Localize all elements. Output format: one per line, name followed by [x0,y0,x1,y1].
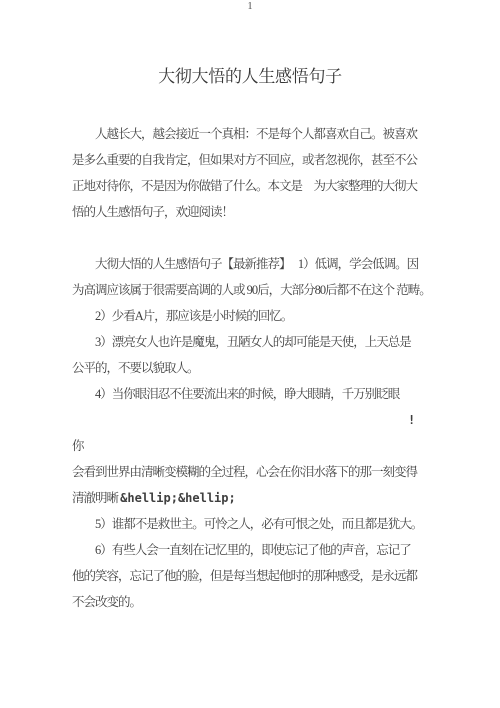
html-entity-text: &hellip;&hellip; [120,491,236,505]
document-page: 1 大彻大悟的人生感悟句子 人越长大，越会接近一个真相：不是每个人都喜欢自己。被… [0,0,500,708]
text-line: 3）漂亮女人也许是魔鬼，丑陋女人的却可能是天使，上天总是 [72,329,442,355]
text-line: 公平的，不要以貌取人。 [72,355,442,381]
text-line: 5）谁都不是救世主。可怜之人，必有可恨之处，而且都是犹大。 [72,511,442,537]
text-line: 6）有些人会一直刻在记忆里的，即使忘记了他的声音，忘记了 [72,537,442,563]
text-line: 悟的人生感悟句子，欢迎阅读！ [72,199,442,225]
page-number: 1 [0,0,500,14]
text-line: 人越长大，越会接近一个真相：不是每个人都喜欢自己。被喜欢 [72,121,442,147]
text-line: 他的笑容，忘记了他的脸，但是每当想起他时的那种感受，是永远都 [72,563,442,589]
text-segment: 清澈明晰 [72,491,120,505]
blank-line [72,225,442,251]
text-line: 大彻大悟的人生感悟句子【最新推荐】 1）低调，学会低调。因 [72,251,442,277]
text-line: 你 [72,433,442,459]
text-line: 为高调应该属于很需要高调的人或 90后，大部分80后都不在这个 范畴。 [72,277,442,303]
text-line: 会看到世界由清晰变模糊的全过程，心会在你泪水落下的那一刻变得 [72,459,442,485]
text-line: 不会改变的。 [72,589,442,615]
document-body: 人越长大，越会接近一个真相：不是每个人都喜欢自己。被喜欢 是多么重要的自我肯定，… [72,121,442,615]
text-line: 是多么重要的自我肯定，但如果对方不回应，或者忽视你，甚至不公 [72,147,442,173]
text-line: 正地对待你，不是因为你做错了什么。本文是 为大家整理的大彻大 [72,173,442,199]
text-line: 4）当你眼泪忍不住要流出来的时候，睁大眼睛，千万别眨眼 [72,381,442,407]
text-line-exclamation: ! [72,407,442,433]
document-title: 大彻大悟的人生感悟句子 [0,64,500,90]
text-line: 清澈明晰 &hellip;&hellip; [72,485,442,511]
text-line: 2）少看A片，那应该是小时候的回忆。 [72,303,442,329]
